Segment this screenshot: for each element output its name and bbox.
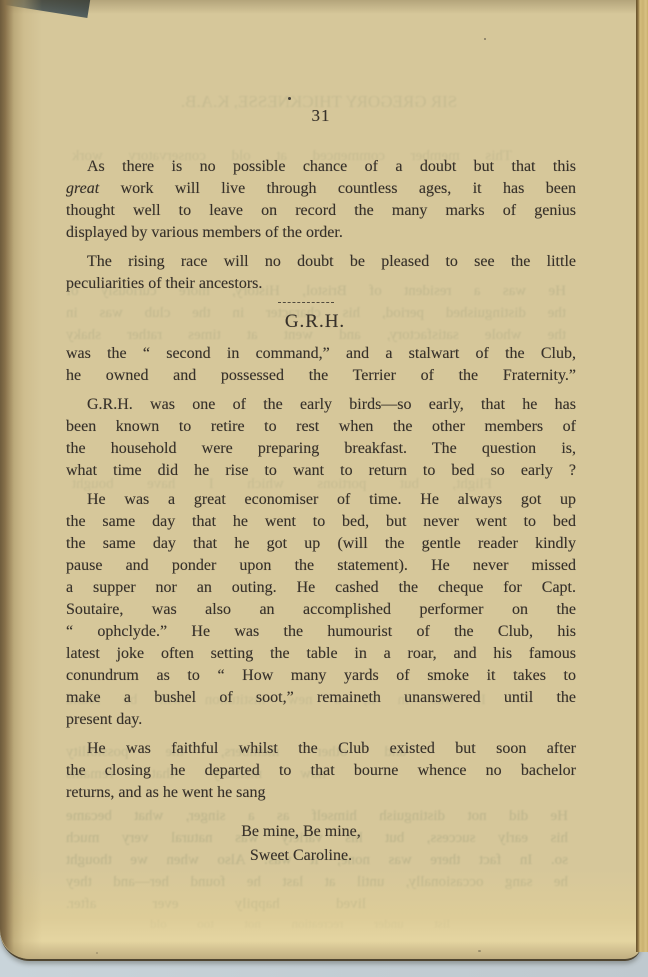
text-line: Be mine, Be mine, <box>66 820 536 844</box>
text-line: The rising race will no doubt be pleased… <box>66 251 576 273</box>
paragraph: G.R.H. was one of the early birds—so ear… <box>66 394 576 482</box>
paragraph: The rising race will no doubt be pleased… <box>66 251 576 295</box>
text-line: He was a great economiser of time. He al… <box>66 489 576 511</box>
text-line: thought well to leave on record the many… <box>66 200 576 222</box>
book-page: SIR GREGORY THICKNESSE, K.A.B. This memb… <box>0 0 641 961</box>
verse: Be mine, Be mine,Sweet Caroline. <box>66 820 536 868</box>
text-line: make a bushel of soot,” remaineth unansw… <box>66 687 576 709</box>
text-line: latest joke often setting the table in a… <box>66 643 576 665</box>
page-bottom-curl <box>0 869 641 959</box>
section-divider-rule <box>278 302 334 305</box>
paragraph: was the “ second in command,” and a stal… <box>66 343 576 387</box>
page-text: As there is no possible chance of a doub… <box>66 156 576 868</box>
text-line: been known to retire to rest when the ot… <box>66 416 576 438</box>
page-right-edge <box>636 0 648 952</box>
text-line: what time did he rise to want to return … <box>66 460 576 482</box>
page-number: 31 <box>66 106 576 126</box>
paragraph: He was faithful whilst the Club existed … <box>66 738 576 804</box>
text-line: peculiarities of their ancestors. <box>66 273 576 295</box>
text-line: the household were preparing breakfast. … <box>66 438 576 460</box>
section-heading: G.R.H. <box>66 310 564 334</box>
text-line: present day. <box>66 709 576 731</box>
text-line: the closing he departed to that bourne w… <box>66 760 576 782</box>
text-line: he owned and possessed the Terrier of th… <box>66 365 576 387</box>
top-edge-shadow <box>0 0 641 14</box>
paper-speck <box>288 97 291 100</box>
gutter-shadow <box>0 0 42 959</box>
text-line: He was faithful whilst the Club existed … <box>66 738 576 760</box>
text-line: was the “ second in command,” and a stal… <box>66 343 576 365</box>
text-line: Soutaire, was also an accomplished perfo… <box>66 599 576 621</box>
text-line: As there is no possible chance of a doub… <box>66 156 576 178</box>
text-line: a supper nor an outing. He cashed the ch… <box>66 577 576 599</box>
text-line: returns, and as he went he sang <box>66 782 576 804</box>
text-line: Sweet Caroline. <box>66 844 536 868</box>
text-line: the same day that he got up (will the ge… <box>66 533 576 555</box>
text-line: displayed by various members of the orde… <box>66 222 576 244</box>
text-line: “ ophclyde.” He was the humourist of the… <box>66 621 576 643</box>
text-line: the same day that he went to bed, but ne… <box>66 511 576 533</box>
paragraph: As there is no possible chance of a doub… <box>66 156 576 244</box>
paper-speck <box>484 38 486 40</box>
paragraph: He was a great economiser of time. He al… <box>66 489 576 731</box>
text-line: great work will live through countless a… <box>66 178 576 200</box>
text-line: pause and ponder upon the statement). He… <box>66 555 576 577</box>
text-line: conundrum as to “ How many yards of smok… <box>66 665 576 687</box>
scanner-background: SIR GREGORY THICKNESSE, K.A.B. This memb… <box>0 0 648 977</box>
text-line: G.R.H. was one of the early birds—so ear… <box>66 394 576 416</box>
